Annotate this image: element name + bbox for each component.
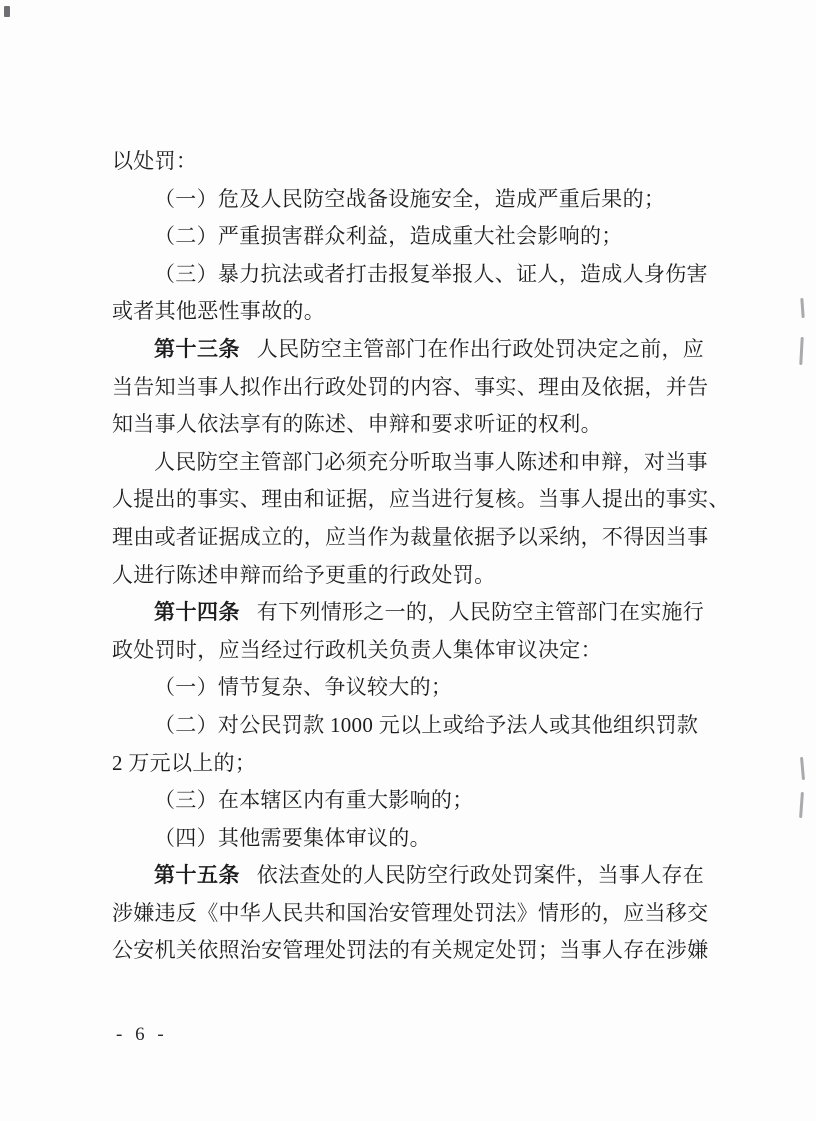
scan-artifact [800, 757, 805, 780]
article-number-heading: 第十五条 [154, 863, 240, 887]
scan-artifact [799, 792, 804, 818]
scan-artifact [800, 298, 804, 318]
text-line: （三）暴力抗法或者打击报复举报人、证人，造成人身伤害 [112, 256, 714, 294]
text-line: 或者其他恶性事故的。 [112, 293, 714, 331]
document-page: 以处罚：（一）危及人民防空战备设施安全，造成严重后果的；（二）严重损害群众利益，… [0, 0, 816, 1121]
text-line: 人提出的事实、理由和证据，应当进行复核。当事人提出的事实、 [112, 481, 714, 519]
text-line: （一）危及人民防空战备设施安全，造成严重后果的； [112, 181, 714, 219]
text-line: 人进行陈述申辩而给予更重的行政处罚。 [112, 557, 714, 595]
article-number-heading: 第十三条 [154, 337, 240, 361]
scan-speck [4, 6, 10, 17]
text-line: 第十五条依法查处的人民防空行政处罚案件，当事人存在 [112, 857, 714, 895]
text-line: （二）对公民罚款 1000 元以上或给予法人或其他组织罚款 [112, 707, 714, 745]
text-line: 公安机关依照治安管理处罚法的有关规定处罚；当事人存在涉嫌 [112, 932, 714, 970]
text-line: 当告知当事人拟作出行政处罚的内容、事实、理由及依据，并告 [112, 369, 714, 407]
text-line: 理由或者证据成立的，应当作为裁量依据予以采纳，不得因当事 [112, 519, 714, 557]
document-body: 以处罚：（一）危及人民防空战备设施安全，造成严重后果的；（二）严重损害群众利益，… [112, 143, 714, 970]
text-line: 人民防空主管部门必须充分听取当事人陈述和申辩，对当事 [112, 444, 714, 482]
text-line: 第十四条有下列情形之一的，人民防空主管部门在实施行 [112, 594, 714, 632]
text-line: 知当事人依法享有的陈述、申辩和要求听证的权利。 [112, 406, 714, 444]
text-line: 2 万元以上的； [112, 745, 714, 783]
article-number-heading: 第十四条 [154, 600, 240, 624]
text-line: 涉嫌违反《中华人民共和国治安管理处罚法》情形的，应当移交 [112, 895, 714, 933]
page-number: - 6 - [116, 1024, 168, 1046]
text-line: 第十三条人民防空主管部门在作出行政处罚决定之前，应 [112, 331, 714, 369]
text-line: （四）其他需要集体审议的。 [112, 820, 714, 858]
text-line: 以处罚： [112, 143, 714, 181]
text-line: （三）在本辖区内有重大影响的； [112, 782, 714, 820]
scan-artifact [799, 337, 803, 365]
text-line: （一）情节复杂、争议较大的； [112, 669, 714, 707]
text-line: （二）严重损害群众利益，造成重大社会影响的； [112, 218, 714, 256]
text-line: 政处罚时，应当经过行政机关负责人集体审议决定： [112, 632, 714, 670]
